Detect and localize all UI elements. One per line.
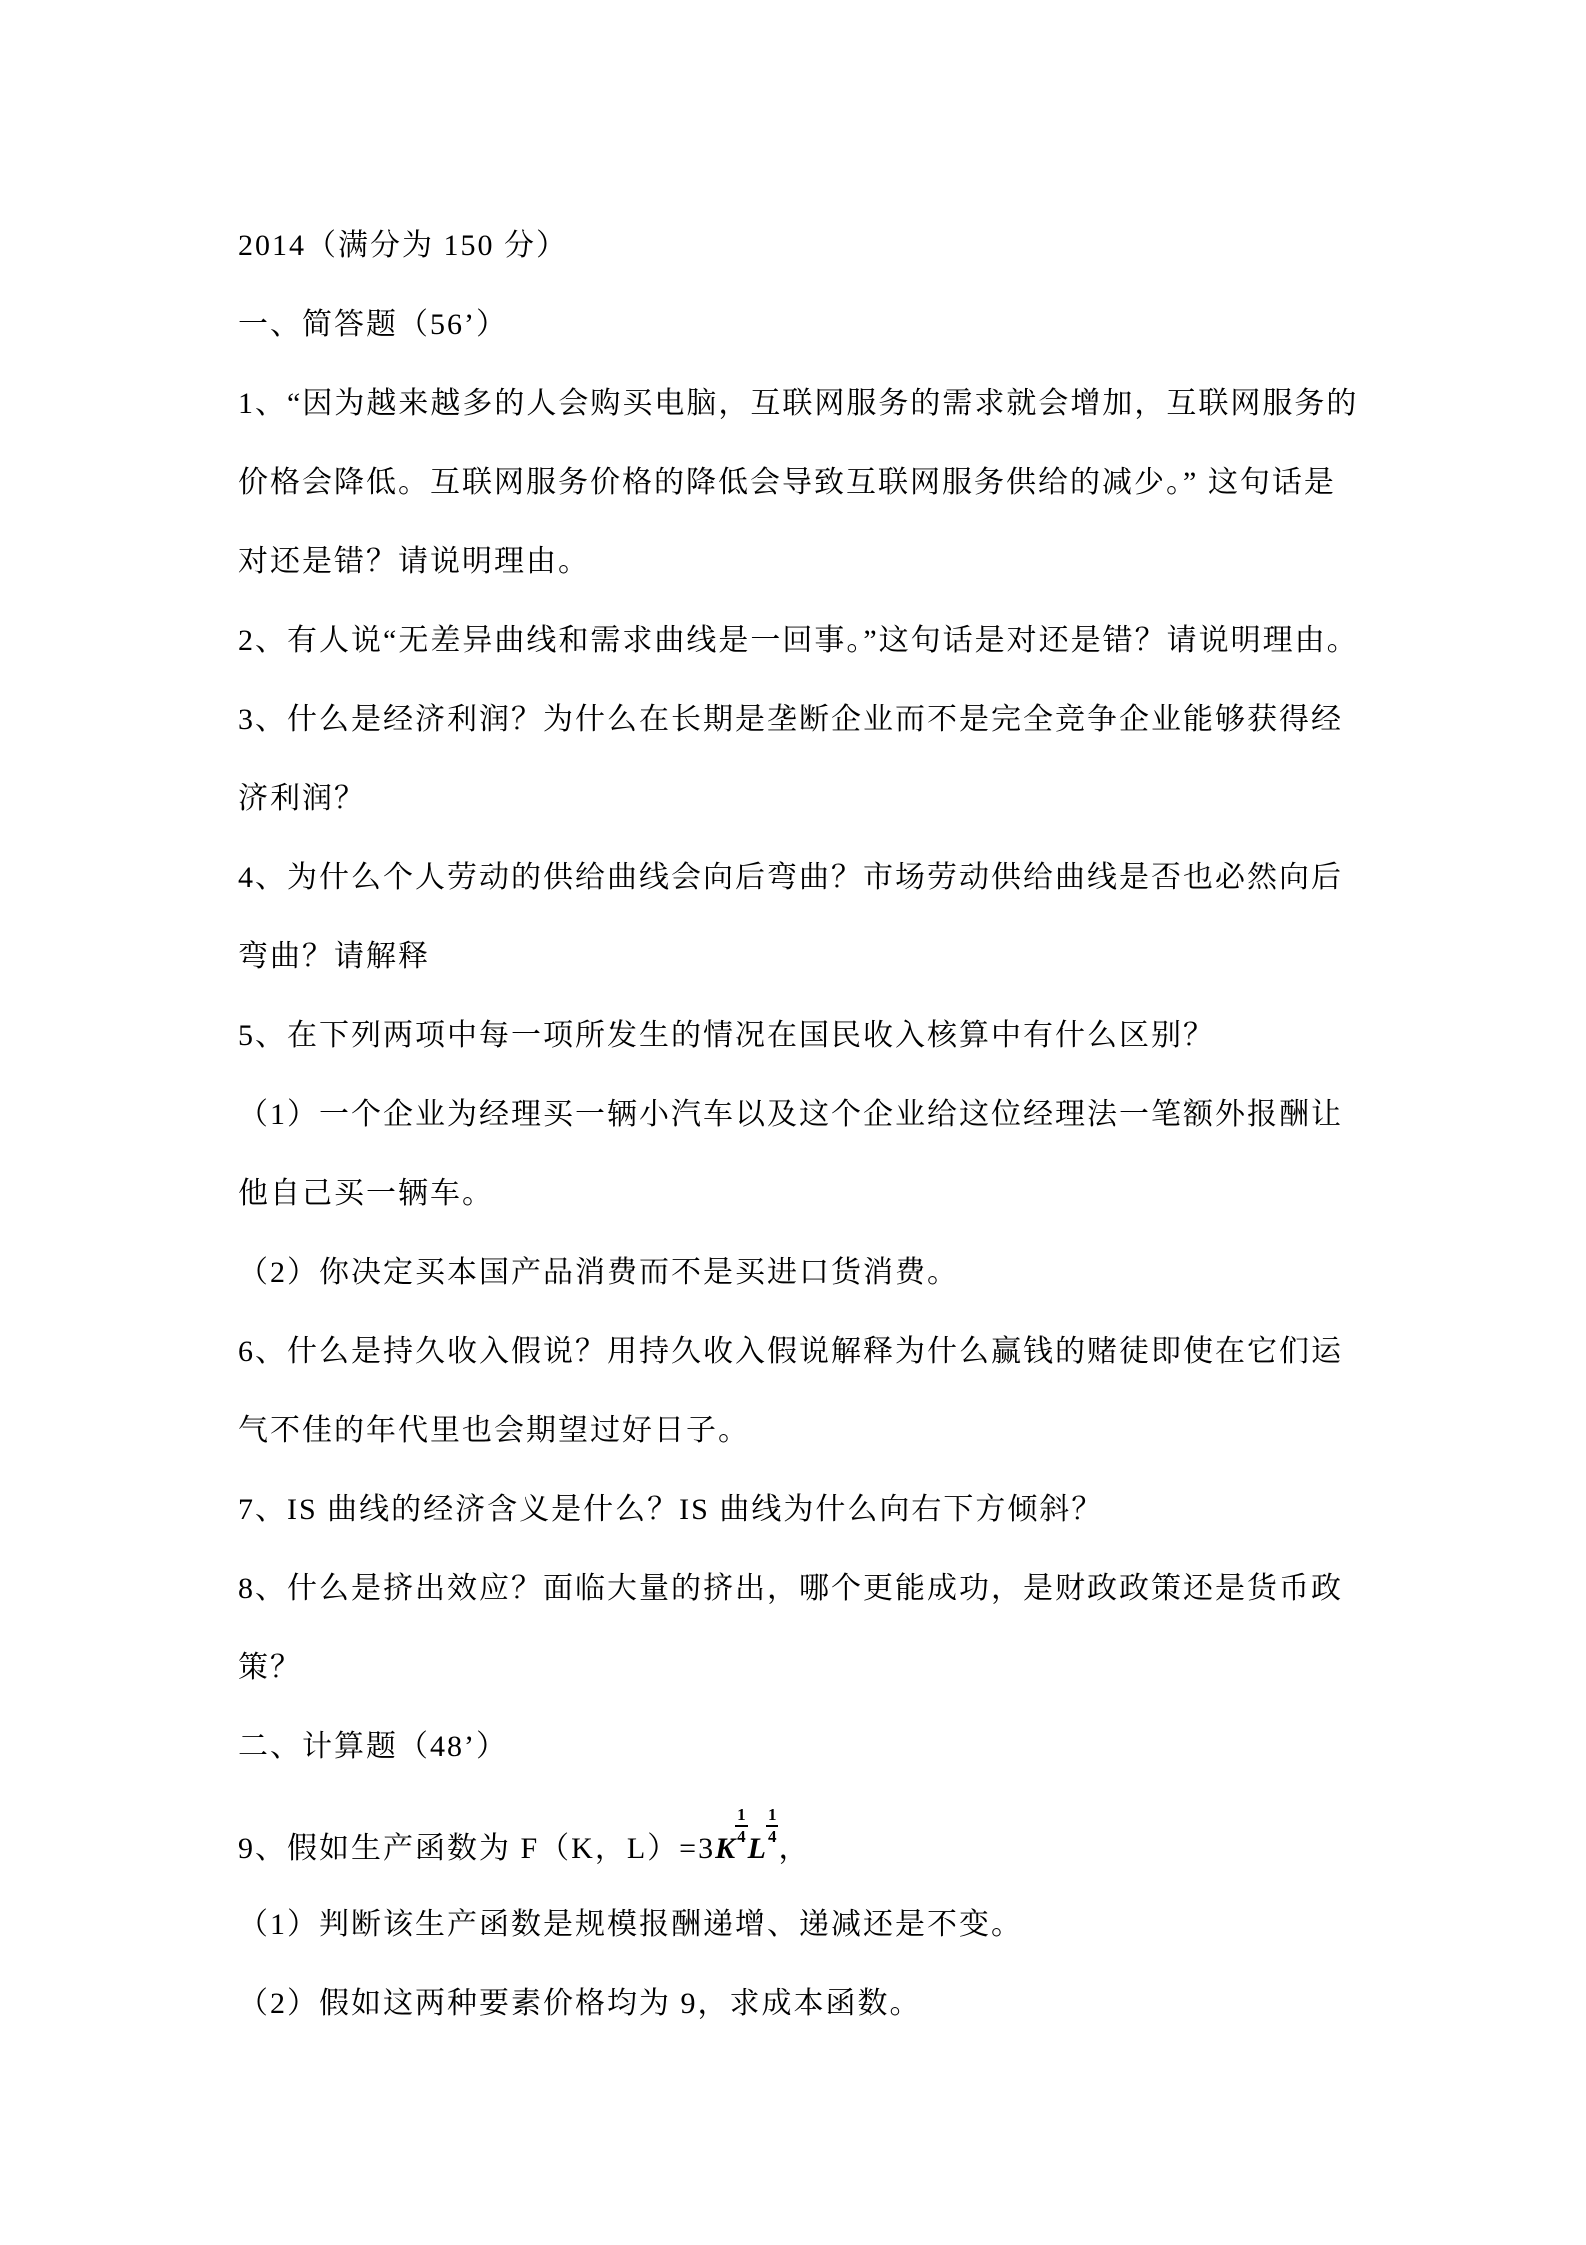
document-line-14: （2）你决定买本国产品消费而不是买进口货消费。 <box>238 1233 1426 1312</box>
formula-line: 9、假如生产函数为 F（K，L）=3K14L14， <box>238 1806 1426 1885</box>
document-line-5: 对还是错？请说明理由。 <box>238 522 1426 601</box>
document-line-2: 一、简答题（56’） <box>238 285 1426 364</box>
document-line-11: 5、在下列两项中每一项所发生的情况在国民收入核算中有什么区别？ <box>238 996 1426 1075</box>
document-line-15: 6、什么是持久收入假说？用持久收入假说解释为什么赢钱的赌徒即使在它们运 <box>238 1312 1426 1391</box>
document-line-16: 气不佳的年代里也会期望过好日子。 <box>238 1391 1426 1470</box>
document-line-12: （1）一个企业为经理买一辆小汽车以及这个企业给这位经理法一笔额外报酬让 <box>238 1075 1426 1154</box>
document-body: 2014（满分为 150 分）一、简答题（56’）1、“因为越来越多的人会购买电… <box>238 206 1426 2043</box>
formula-variable: K <box>715 1832 735 1865</box>
formula-variable: L <box>748 1832 766 1865</box>
document-line-8: 济利润？ <box>238 759 1426 838</box>
document-line-6: 2、有人说“无差异曲线和需求曲线是一回事。”这句话是对还是错？请说明理由。 <box>238 601 1426 680</box>
document-line-1: 2014（满分为 150 分） <box>238 206 1426 285</box>
document-line-7: 3、什么是经济利润？为什么在长期是垄断企业而不是完全竞争企业能够获得经 <box>238 680 1426 759</box>
document-line-3: 1、“因为越来越多的人会购买电脑，互联网服务的需求就会增加，互联网服务的 <box>238 364 1426 443</box>
document-line-17: 7、IS 曲线的经济含义是什么？IS 曲线为什么向右下方倾斜？ <box>238 1470 1426 1549</box>
fraction-exponent: 14 <box>735 1806 748 1846</box>
document-line-10: 弯曲？请解释 <box>238 917 1426 996</box>
document-line-23: （2）假如这两种要素价格均为 9，求成本函数。 <box>238 1964 1426 2043</box>
document-line-20: 二、计算题（48’） <box>238 1707 1426 1786</box>
fraction-exponent: 14 <box>766 1806 779 1846</box>
document-line-22: （1）判断该生产函数是规模报酬递增、递减还是不变。 <box>238 1885 1426 1964</box>
document-page: 2014（满分为 150 分）一、简答题（56’）1、“因为越来越多的人会购买电… <box>0 0 1586 2245</box>
document-line-18: 8、什么是挤出效应？面临大量的挤出，哪个更能成功，是财政政策还是货币政 <box>238 1549 1426 1628</box>
document-line-9: 4、为什么个人劳动的供给曲线会向后弯曲？市场劳动供给曲线是否也必然向后 <box>238 838 1426 917</box>
document-line-19: 策？ <box>238 1628 1426 1707</box>
document-line-13: 他自己买一辆车。 <box>238 1154 1426 1233</box>
document-line-4: 价格会降低。互联网服务价格的降低会导致互联网服务供给的减少。” 这句话是 <box>238 443 1426 522</box>
